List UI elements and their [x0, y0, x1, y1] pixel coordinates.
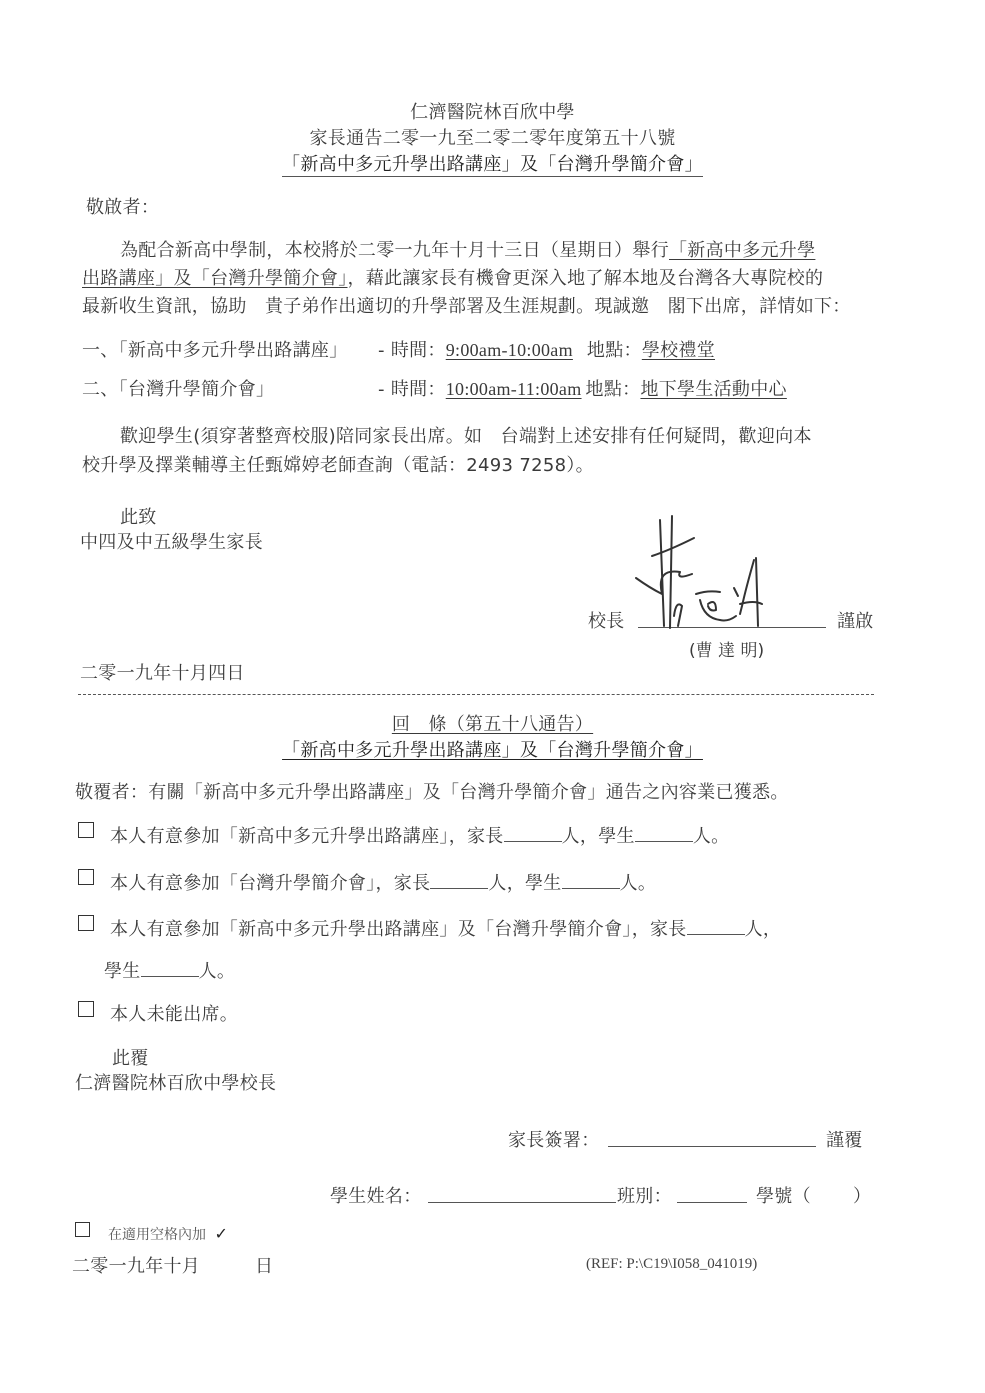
option-3-text-line2: 學生人。: [104, 957, 235, 983]
reply-recipient: 仁濟醫院林百欣中學校長: [75, 1069, 276, 1095]
student-no-label: 學號（: [756, 1182, 811, 1208]
para2-line2: 校升學及擇業輔導主任甄嫦婷老師查詢（電話：2493 7258）。: [82, 451, 594, 477]
option-3-text: 本人有意參加「新高中多元升學出路講座」及「台灣升學簡介會」，家長人，: [110, 915, 781, 941]
reply-closing: 此覆: [112, 1044, 149, 1070]
option-label: 本人有意參加「台灣升學簡介會」，家長: [110, 873, 430, 894]
option-label: 人。: [620, 873, 657, 894]
option-label: 人。: [693, 826, 730, 847]
tick-note-text: 在適用空格內加: [108, 1227, 206, 1243]
option-2-checkbox[interactable]: [78, 869, 94, 885]
school-name: 仁濟醫院林百欣中學: [0, 98, 985, 124]
notice-title: 「新高中多元升學出路講座」及「台灣升學簡介會」: [282, 154, 703, 177]
salutation: 敬啟者：: [86, 193, 159, 219]
event-venue: 學校禮堂: [642, 340, 715, 361]
reply-intro: 敬覆者：有關「新高中多元升學出路講座」及「台灣升學簡介會」通告之內容業已獲悉。: [75, 778, 789, 804]
event-name: 一、「新高中多元升學出路講座」: [82, 336, 378, 362]
event-time-label: - 時間：: [378, 340, 446, 361]
reference-code: (REF: P:\C19\I058_041019): [586, 1256, 757, 1273]
para1-line2: 出路講座」及「台灣升學簡介會」，藉此讓家長有機會更深入地了解本地及台灣各大專院校…: [82, 264, 823, 290]
option-label: 本人有意參加「新高中多元升學出路講座」，家長: [110, 826, 504, 847]
parent-count-blank[interactable]: [430, 872, 488, 889]
para1-text: 為配合新高中學制，本校將於二零一九年十月十三日（星期日）舉行: [120, 240, 669, 261]
class-field[interactable]: [677, 1202, 747, 1203]
option-label: 人。: [199, 961, 236, 982]
option-1-checkbox[interactable]: [78, 822, 94, 838]
notice-page: 仁濟醫院林百欣中學 家長通告二零一九至二零二零年度第五十八號 「新高中多元升學出…: [0, 0, 985, 1393]
event-row-2: 二、「台灣升學簡介會」- 時間：10:00am-11:00am地點：地下學生活動…: [82, 375, 787, 401]
event-time: 9:00am-10:00am: [446, 340, 573, 360]
para1-text: ，藉此讓家長有機會更深入地了解本地及台灣各大專院校的: [348, 268, 824, 289]
parent-signature-field[interactable]: [608, 1146, 816, 1147]
tick-note: 在適用空格內加 ✓: [108, 1224, 228, 1244]
reply-slip-subtitle-wrap: 「新高中多元升學出路講座」及「台灣升學簡介會」: [0, 736, 985, 762]
option-2-text: 本人有意參加「台灣升學簡介會」，家長人，學生人。: [110, 869, 656, 895]
option-label: 學生: [104, 961, 141, 982]
option-label: 人，學生: [488, 873, 561, 894]
notice-number: 家長通告二零一九至二零二零年度第五十八號: [0, 124, 985, 150]
recipient: 中四及中五級學生家長: [80, 528, 263, 554]
student-count-blank[interactable]: [635, 825, 693, 842]
parent-signature-label: 家長簽署：: [508, 1126, 600, 1152]
checkmark-icon: ✓: [214, 1224, 227, 1243]
para1-event-underline: 「新高中多元升學: [669, 240, 815, 261]
option-label: 人，學生: [562, 826, 635, 847]
cut-line-divider: [78, 694, 874, 695]
para1-line3: 最新收生資訊，協助 貴子弟作出適切的升學部署及生涯規劃。現誠邀 閣下出席，詳情如…: [82, 292, 851, 318]
notice-date: 二零一九年十月四日: [80, 659, 245, 685]
event-time-label: - 時間：: [378, 379, 446, 400]
option-4-text: 本人未能出席。: [110, 1000, 238, 1026]
option-4-checkbox[interactable]: [78, 1001, 94, 1017]
event-venue-label: 地點：: [586, 379, 641, 400]
student-name-field[interactable]: [428, 1202, 616, 1203]
option-label: 人，: [745, 919, 782, 940]
option-1-text: 本人有意參加「新高中多元升學出路講座」，家長人，學生人。: [110, 822, 729, 848]
principal-closing: 謹啟: [837, 607, 874, 633]
para1-line1: 為配合新高中學制，本校將於二零一九年十月十三日（星期日）舉行「新高中多元升學: [120, 236, 815, 262]
option-label: 本人有意參加「新高中多元升學出路講座」及「台灣升學簡介會」，家長: [110, 919, 687, 940]
student-count-blank[interactable]: [562, 872, 620, 889]
para1-event-underline: 出路講座」及「台灣升學簡介會」: [82, 268, 348, 289]
student-no-field[interactable]: [816, 1182, 858, 1202]
student-no-close: ）: [853, 1182, 871, 1208]
signature-scribble-icon: [630, 508, 810, 633]
event-time: 10:00am-11:00am: [446, 379, 582, 399]
student-count-blank[interactable]: [141, 960, 199, 977]
reply-slip-subtitle: 「新高中多元升學出路講座」及「台灣升學簡介會」: [282, 740, 703, 761]
reply-slip-title: 回 條（第五十八通告）: [392, 714, 593, 735]
event-venue: 地下學生活動中心: [640, 379, 786, 400]
event-venue-label: 地點：: [587, 340, 642, 361]
principal-title: 校長: [588, 607, 625, 633]
principal-name: (曹 達 明): [689, 636, 764, 661]
student-name-label: 學生姓名：: [330, 1182, 422, 1208]
notice-title-wrap: 「新高中多元升學出路講座」及「台灣升學簡介會」: [0, 150, 985, 176]
parent-signature-closing: 謹覆: [826, 1126, 863, 1152]
parent-count-blank[interactable]: [504, 825, 562, 842]
class-label: 班別：: [617, 1182, 672, 1208]
event-name: 二、「台灣升學簡介會」: [82, 375, 378, 401]
legend-checkbox-icon: [75, 1222, 90, 1237]
event-row-1: 一、「新高中多元升學出路講座」- 時間：9:00am-10:00am地點：學校禮…: [82, 336, 715, 362]
para2-line1: 歡迎學生(須穿著整齊校服)陪同家長出席。如 台端對上述安排有任何疑問，歡迎向本: [120, 422, 812, 448]
parent-count-blank[interactable]: [687, 918, 745, 935]
reply-date[interactable]: 二零一九年十月 日: [72, 1252, 273, 1278]
reply-slip-title-wrap: 回 條（第五十八通告）: [0, 710, 985, 736]
closing: 此致: [120, 503, 157, 529]
option-3-checkbox[interactable]: [78, 915, 94, 931]
